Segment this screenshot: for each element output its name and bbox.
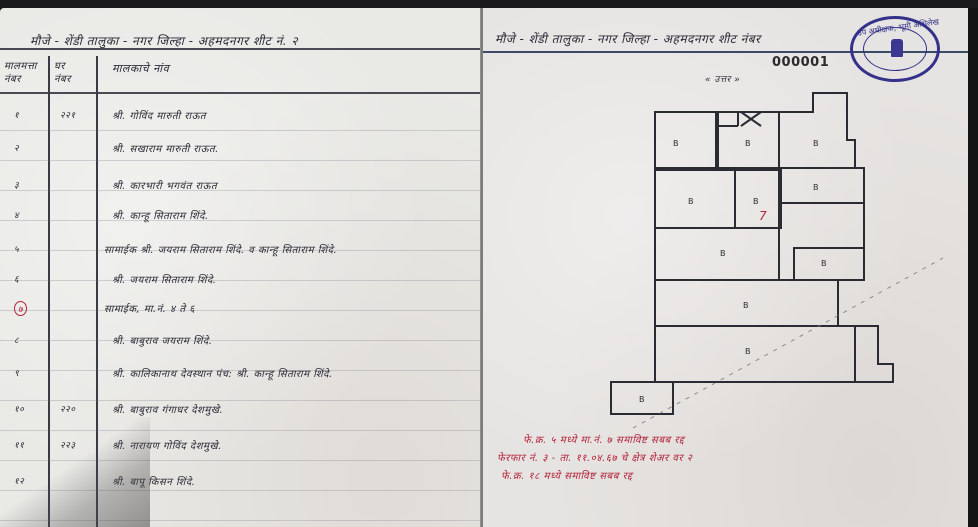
svg-text:B: B xyxy=(673,139,679,148)
property-number-circled: ७ xyxy=(14,301,27,316)
svg-text:B: B xyxy=(743,301,749,310)
register-row: ७ सामाईक, मा.नं. ४ ते ६ xyxy=(0,301,481,331)
column-header-house-no: घर नंबर xyxy=(54,60,71,86)
svg-text:B: B xyxy=(720,249,726,258)
header-line-1: मालमत्ता xyxy=(4,60,37,73)
owner-name: श्री. गोविंद मारुती राऊत xyxy=(112,108,206,122)
property-number: ८ xyxy=(14,333,19,346)
svg-text:B: B xyxy=(813,139,819,148)
owner-name: श्री. सखाराम मारुती राऊत. xyxy=(112,141,219,155)
register-row: ३ श्री. कारभारी भगवंत राऊत xyxy=(0,178,481,208)
owner-name: सामाईक, मा.नं. ४ ते ६ xyxy=(104,301,195,315)
owner-name: श्री. बाबुराव गंगाधर देशमुखे. xyxy=(112,402,223,416)
header-bottom-rule xyxy=(0,92,481,94)
owner-name: सामाईक श्री. जयराम सिताराम शिंदे. व कान्… xyxy=(104,242,337,256)
register-row: ५ सामाईक श्री. जयराम सिताराम शिंदे. व का… xyxy=(0,242,481,272)
red-ink-notes: फे.क्र. ५ मध्ये मा.नं. ७ समाविष्ट सबब रद… xyxy=(497,432,692,486)
house-number: २२० xyxy=(60,402,76,415)
page-fold-shadow xyxy=(0,417,150,527)
svg-text:B: B xyxy=(821,259,827,268)
red-parcel-annotation: 7 xyxy=(759,209,767,223)
header-line-2: नंबर xyxy=(54,73,71,86)
note-line: फेरफार नं. ३ - ता. ११.०४.६७ चे क्षेत्र श… xyxy=(497,450,692,468)
owner-name: श्री. जयराम सिताराम शिंदे. xyxy=(112,272,216,286)
svg-text:B: B xyxy=(813,183,819,192)
header-line-1: घर xyxy=(54,60,71,73)
left-page-title: मौजे - शेंडी तालुका - नगर जिल्हा - अहमदन… xyxy=(30,32,298,49)
left-page: मौजे - शेंडी तालुका - नगर जिल्हा - अहमदन… xyxy=(0,8,481,527)
owner-name: श्री. कालिकानाथ देवस्थान पंच: श्री. कान्… xyxy=(112,366,333,380)
note-line: फे.क्र. ५ मध्ये मा.नं. ७ समाविष्ट सबब रद… xyxy=(497,432,692,450)
column-header-property-no: मालमत्ता नंबर xyxy=(4,60,37,86)
owner-name: श्री. कान्हू सिताराम शिंदे. xyxy=(112,208,209,222)
svg-text:B: B xyxy=(745,139,751,148)
house-number: २२१ xyxy=(60,108,76,121)
register-row: ६ श्री. जयराम सिताराम शिंदे. xyxy=(0,272,481,302)
register-row: १ २२१ श्री. गोविंद मारुती राऊत xyxy=(0,108,481,138)
property-number: २ xyxy=(14,141,19,154)
register-row: ८ श्री. बाबुराव जयराम शिंदे. xyxy=(0,333,481,363)
svg-text:B: B xyxy=(753,197,759,206)
note-line: फे.क्र. १८ मध्ये समाविष्ट सबब रद्द xyxy=(497,468,692,486)
property-number: ४ xyxy=(14,208,19,221)
owner-name: श्री. बाबुराव जयराम शिंदे. xyxy=(112,333,212,347)
book-edge xyxy=(968,8,978,527)
svg-text:B: B xyxy=(745,347,751,356)
register-row: ९ श्री. कालिकानाथ देवस्थान पंच: श्री. का… xyxy=(0,366,481,396)
column-header-owner-name: मालकाचे नांव xyxy=(112,62,169,75)
property-number: ५ xyxy=(14,242,19,255)
property-number: १० xyxy=(14,402,24,415)
right-page: मौजे - शेंडी तालुका - नगर जिल्हा - अहमदन… xyxy=(483,8,970,527)
register-row: ४ श्री. कान्हू सिताराम शिंदे. xyxy=(0,208,481,238)
header-line-2: नंबर xyxy=(4,73,37,86)
register-row: २ श्री. सखाराम मारुती राऊत. xyxy=(0,141,481,171)
property-number: ६ xyxy=(14,272,19,285)
svg-text:B: B xyxy=(688,197,694,206)
open-register-book: मौजे - शेंडी तालुका - नगर जिल्हा - अहमदन… xyxy=(0,0,978,527)
property-number: १ xyxy=(14,108,19,121)
owner-name: श्री. कारभारी भगवंत राऊत xyxy=(112,178,217,192)
svg-text:B: B xyxy=(639,395,645,404)
header-top-rule xyxy=(0,48,481,50)
property-number: ९ xyxy=(14,366,19,379)
property-number: ३ xyxy=(14,178,19,191)
